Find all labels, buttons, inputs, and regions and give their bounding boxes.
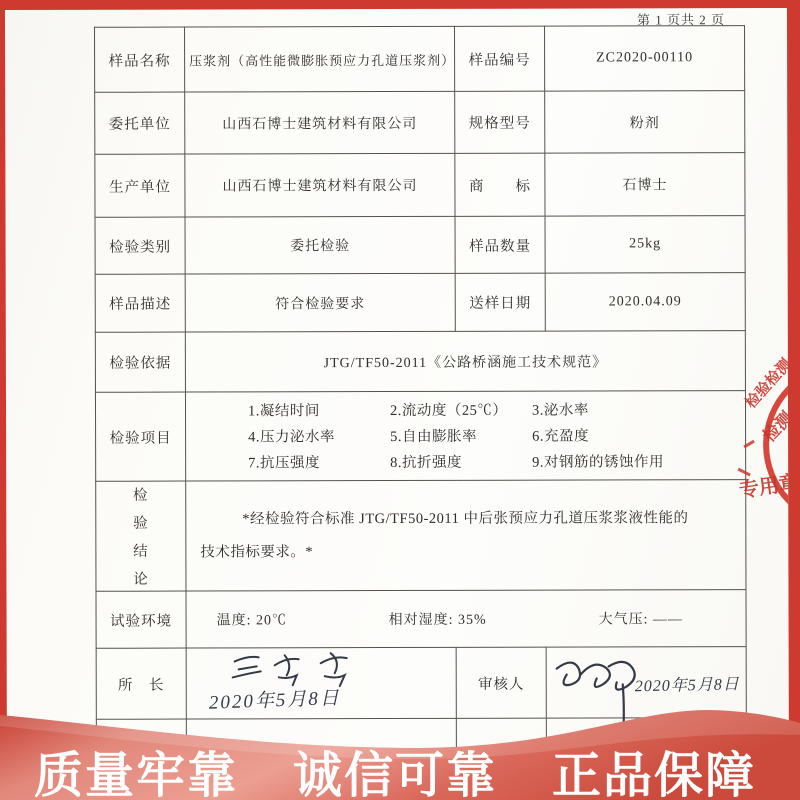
inspection-item: 7.抗压强度 [248,450,390,476]
field-value: 粉剂 [545,91,745,154]
field-label: 商 标 [455,153,545,216]
table-row: 生产单位 山西石博士建筑材料有限公司 商 标 石博士 [95,153,745,218]
inspection-item: 8.抗折强度 [390,450,532,476]
conclusion-line: 技术指标要求。* [200,535,731,569]
banner-slogans: 质量牢靠 诚信可靠 正品保障 [34,737,756,800]
stamp-text-upper: 检验检测 [742,355,789,412]
field-value: 2020.04.09 [545,273,745,332]
pressure-value: 大气压: —— [599,608,683,628]
field-label: 委托单位 [95,92,185,154]
field-value: 委托检验 [185,216,455,274]
field-label: 试验环境 [96,591,186,648]
conclusion-label: 检 验 结 论 [100,484,181,589]
inspection-item: 3.泌水率 [532,397,589,423]
report-table: 样品名称 压浆剂（高性能微膨胀预应力孔道压浆剂） 样品编号 ZC2020-001… [94,25,747,775]
conclusion-text: *经检验符合标准 JTG/TF50-2011 中后张预应力孔道压浆浆液性能的 技… [186,492,745,579]
conclusion-row: 检 验 结 论 *经检验符合标准 JTG/TF50-2011 中后张预应力孔道压… [96,480,746,592]
field-value: 石博士 [545,153,745,217]
conclusion-label-char: 论 [133,568,149,589]
humidity-value: 相对湿度: 35% [389,609,487,629]
stamp-text-mid: 检测 [759,407,789,445]
inspection-item: 2.流动度（25℃） [390,398,532,424]
field-label: 生产单位 [95,154,185,217]
field-label: 样品数量 [455,216,545,273]
field-label: 检验类别 [95,217,185,274]
table-row: 委托单位 山西石博士建筑材料有限公司 规格型号 粉剂 [95,91,745,155]
scanned-report-page: { "page_indicator": "第 1 页共 2 页", "table… [0,0,800,800]
field-label: 样品描述 [95,274,185,332]
conclusion-label-char: 检 [133,484,149,505]
field-value: 山西石博士建筑材料有限公司 [185,91,455,154]
slogan: 诚信可靠 [293,737,497,800]
inspection-items-list: 1.凝结时间 2.流动度（25℃） 3.泌水率 4.压力泌水率 5.自由膨胀率 … [186,391,745,480]
paper-sheet: 第 1 页共 2 页 样品名称 压浆剂（高性能微膨胀预应力孔道压浆剂） 样品编号… [5,8,789,800]
slogan: 质量牢靠 [34,737,238,800]
field-value: 山西石博士建筑材料有限公司 [185,153,455,217]
inspection-basis-row: 检验依据 JTG/TF50-2011《公路桥涵施工技术规范》 [95,331,745,393]
reviewer-sign-date: 2020年5月8日 [635,671,740,696]
inspection-items-row: 检验项目 1.凝结时间 2.流动度（25℃） 3.泌水率 4.压力泌水率 5.自… [95,391,745,482]
conclusion-line: *经检验符合标准 JTG/TF50-2011 中后张预应力孔道压浆浆液性能的 [200,502,731,536]
inspection-item: 1.凝结时间 [248,398,390,424]
slogan: 正品保障 [552,737,756,800]
slogan-banner: 质量牢靠 诚信可靠 正品保障 [0,695,800,800]
field-value: 25kg [545,216,745,274]
inspection-basis-value: JTG/TF50-2011《公路桥涵施工技术规范》 [185,331,745,392]
inspection-item: 9.对钢筋的锈蚀作用 [532,449,664,475]
field-label: 样品编号 [455,26,545,91]
field-label: 样品名称 [95,27,185,92]
environment-row: 试验环境 温度: 20℃ 相对湿度: 35% 大气压: —— [96,590,746,649]
inspection-item: 5.自由膨胀率 [390,424,532,450]
inspection-item: 4.压力泌水率 [248,424,390,450]
director-signature-icon [227,647,397,689]
conclusion-label-char: 结 [133,540,149,561]
table-row: 样品名称 压浆剂（高性能微膨胀预应力孔道压浆剂） 样品编号 ZC2020-001… [95,26,745,93]
field-label: 规格型号 [455,91,545,153]
temperature-value: 温度: 20℃ [217,609,287,629]
field-value: ZC2020-00110 [545,26,745,92]
table-row: 样品描述 符合检验要求 送样日期 2020.04.09 [95,273,745,333]
field-value: 压浆剂（高性能微膨胀预应力孔道压浆剂） [185,26,455,92]
field-label: 检验项目 [95,392,185,481]
field-label: 检验依据 [95,332,185,392]
table-row: 检验类别 委托检验 样品数量 25kg [95,216,745,275]
field-label: 送样日期 [455,273,545,331]
environment-values: 温度: 20℃ 相对湿度: 35% 大气压: —— [186,591,745,647]
conclusion-label-char: 验 [133,512,149,533]
inspection-item: 6.充盈度 [532,423,589,449]
field-value: 符合检验要求 [185,273,455,332]
